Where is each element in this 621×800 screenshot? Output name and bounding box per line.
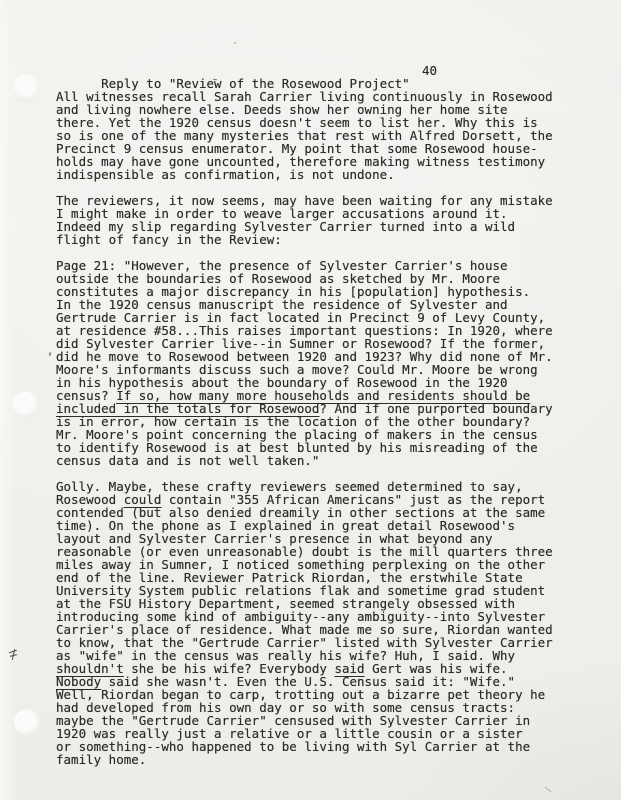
text-line: flight of fancy in the Review: xyxy=(56,233,553,246)
scanned-typewritten-page: { "colors": { "paper": "#f0efeb", "ink":… xyxy=(0,0,621,800)
text-line: family home. xyxy=(56,753,553,766)
punch-hole-top xyxy=(14,75,39,100)
corner-scan-mark xyxy=(544,787,551,793)
stray-tick-mark xyxy=(49,352,52,356)
paper-background: Reply to "Review of the Rosewood Project… xyxy=(0,0,621,800)
page-header: Reply to "Review of the Rosewood Project… xyxy=(56,64,566,77)
punch-hole-bottom xyxy=(14,710,39,735)
text-line: census data and is not well taken." xyxy=(56,454,553,467)
document-body: All witnesses recall Sarah Carrier livin… xyxy=(56,90,553,766)
page-number: 40 xyxy=(422,64,437,77)
typewritten-text: Reply to "Review of the Rosewood Project… xyxy=(56,64,566,77)
margin-pen-squiggle xyxy=(7,648,19,662)
punch-hole-middle xyxy=(13,392,38,417)
text-line: indispensible as confirmation, is not un… xyxy=(56,168,553,181)
scan-speck xyxy=(234,42,236,44)
